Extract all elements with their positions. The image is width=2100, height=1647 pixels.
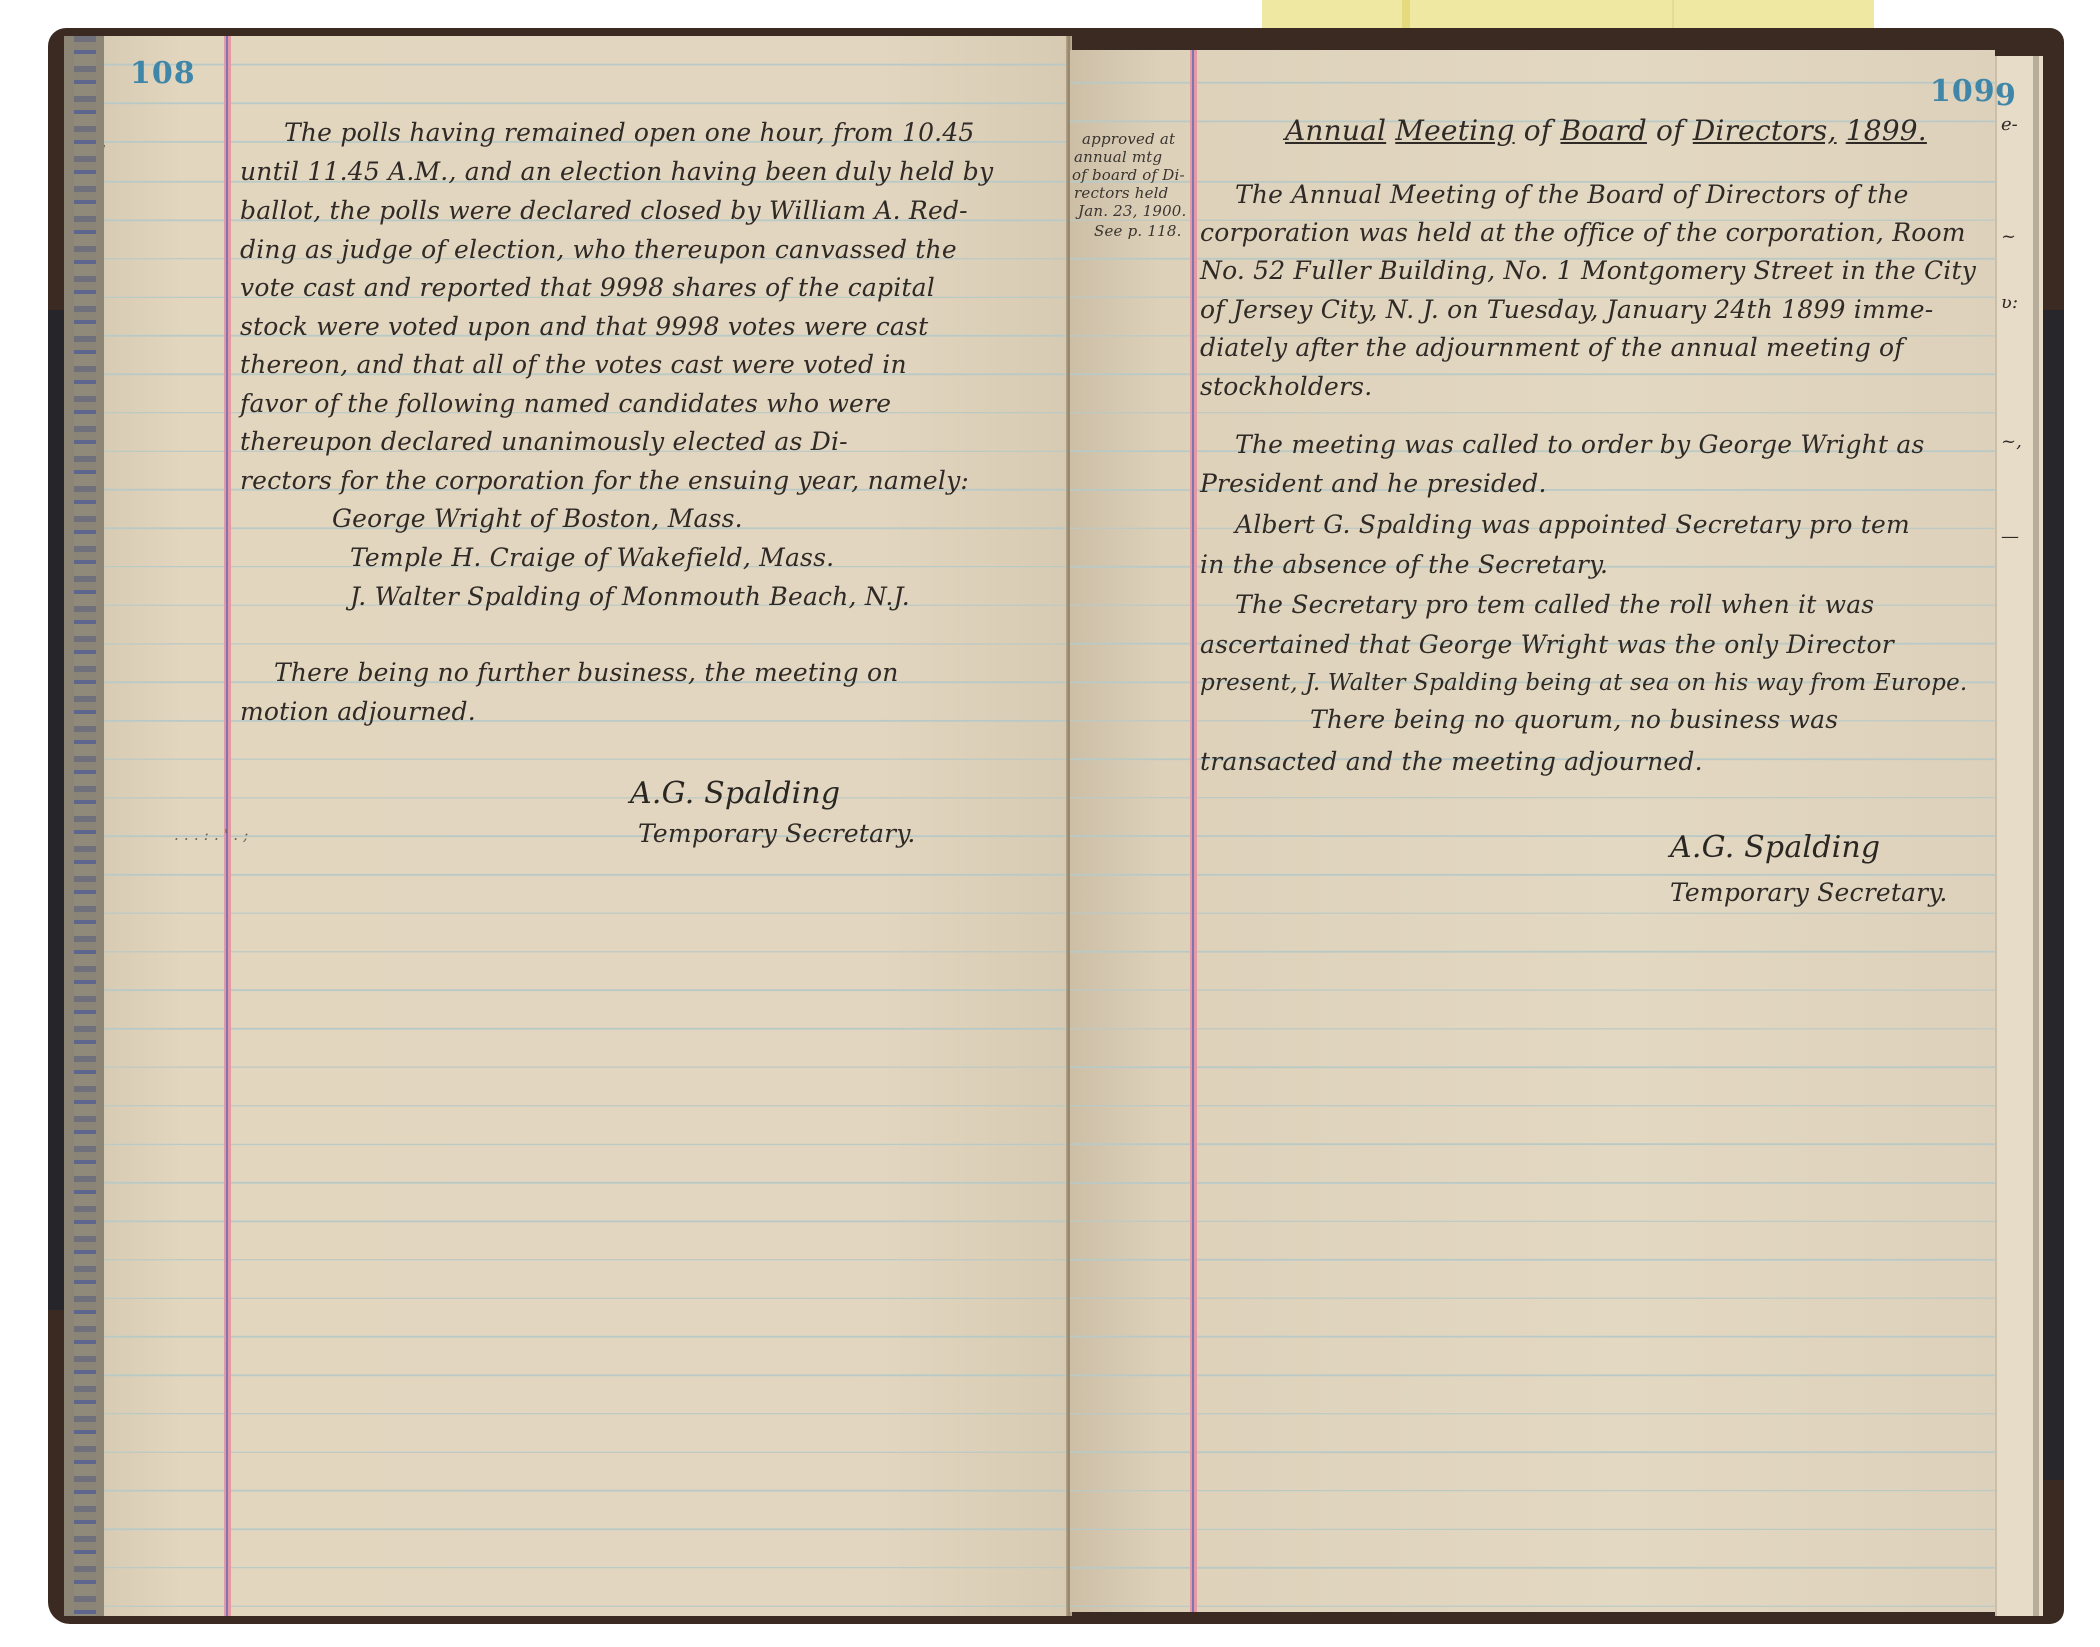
signature-title: Temporary Secretary.: [1670, 878, 1948, 907]
title-word: 1899.: [1846, 114, 1927, 147]
text-line: ballot, the polls were declared closed b…: [240, 196, 968, 225]
text-line: There being no further business, the mee…: [274, 658, 899, 687]
signature-title: Temporary Secretary.: [638, 819, 916, 848]
text-line: stockholders.: [1200, 372, 1372, 401]
margin-note-line: Jan. 23, 1900.: [1078, 202, 1187, 220]
margin-note-line: annual mtg: [1074, 148, 1162, 166]
marbled-page-edge: [74, 36, 96, 1616]
left-page: 108 g z The polls having remained open o…: [104, 36, 1072, 1616]
text-line: transacted and the meeting adjourned.: [1200, 747, 1703, 776]
director-name: George Wright of Boston, Mass.: [332, 504, 743, 533]
text-line: The meeting was called to order by Georg…: [1235, 430, 1925, 459]
edge-mark: ʋ:: [2001, 292, 2018, 313]
signature: A.G. Spalding: [1670, 830, 1880, 865]
text-line: There being no quorum, no business was: [1310, 705, 1838, 734]
right-page: 109 approved at annual mtg of board of D…: [1070, 50, 1995, 1612]
text-line: favor of the following named candidates …: [240, 389, 891, 418]
text-line: rectors for the corporation for the ensu…: [240, 466, 969, 495]
margin-note-line: rectors held: [1074, 184, 1168, 202]
text-line: The Annual Meeting of the Board of Direc…: [1235, 180, 1909, 209]
edge-mark: ~,: [2001, 431, 2022, 452]
faint-marks: . . . : . ' . ;: [174, 826, 248, 844]
title-word: Board: [1561, 114, 1647, 147]
title-word: Annual: [1285, 114, 1386, 147]
text-line: thereupon declared unanimously elected a…: [240, 427, 848, 456]
director-name: J. Walter Spalding of Monmouth Beach, N.…: [350, 582, 910, 611]
text-line: No. 52 Fuller Building, No. 1 Montgomery…: [1200, 256, 1976, 285]
page-number: 109: [1930, 74, 1995, 109]
page-number: 108: [130, 56, 196, 91]
edge-mark: —: [2001, 526, 2019, 547]
director-name: Temple H. Craige of Wakefield, Mass.: [350, 543, 834, 572]
title-word: Directors,: [1693, 114, 1837, 147]
text-line: present, J. Walter Spalding being at sea…: [1200, 670, 1967, 696]
text-line: The polls having remained open one hour,…: [284, 118, 975, 147]
page-stack-right: 9 e- ~ ʋ: ~, —: [1995, 56, 2043, 1616]
edge-mark: g: [104, 138, 106, 159]
margin-note-line: See p. 118.: [1094, 222, 1182, 240]
text-line: ding as judge of election, who thereupon…: [240, 235, 957, 264]
underlying-page-number: 9: [1995, 78, 2017, 113]
margin-note-line: of board of Di-: [1072, 166, 1185, 184]
text-line: motion adjourned.: [240, 697, 476, 726]
edge-mark: e-: [2001, 114, 2018, 135]
text-line: vote cast and reported that 9998 shares …: [240, 273, 935, 302]
text-line: thereon, and that all of the votes cast …: [240, 350, 907, 379]
margin-note-line: approved at: [1082, 130, 1175, 148]
page-stack-edge: [2033, 56, 2039, 1616]
title-word: Meeting: [1395, 114, 1514, 147]
margin-rule: [1190, 50, 1197, 1612]
text-line: corporation was held at the office of th…: [1200, 218, 1966, 247]
text-line: in the absence of the Secretary.: [1200, 550, 1608, 579]
title-word: of: [1524, 114, 1552, 147]
text-line: ascertained that George Wright was the o…: [1200, 630, 1894, 659]
entry-title: Annual Meeting of Board of Directors, 18…: [1285, 114, 1927, 147]
text-line: diately after the adjournment of the ann…: [1200, 333, 1904, 362]
title-word: of: [1656, 114, 1684, 147]
text-line: President and he presided.: [1200, 469, 1547, 498]
text-line: stock were voted upon and that 9998 vote…: [240, 312, 928, 341]
edge-mark: ~: [2001, 226, 2016, 247]
text-line: until 11.45 A.M., and an election having…: [240, 157, 993, 186]
text-line: of Jersey City, N. J. on Tuesday, Januar…: [1200, 295, 1933, 324]
signature: A.G. Spalding: [630, 776, 840, 811]
text-line: Albert G. Spalding was appointed Secreta…: [1235, 510, 1910, 539]
text-line: The Secretary pro tem called the roll wh…: [1235, 590, 1874, 619]
